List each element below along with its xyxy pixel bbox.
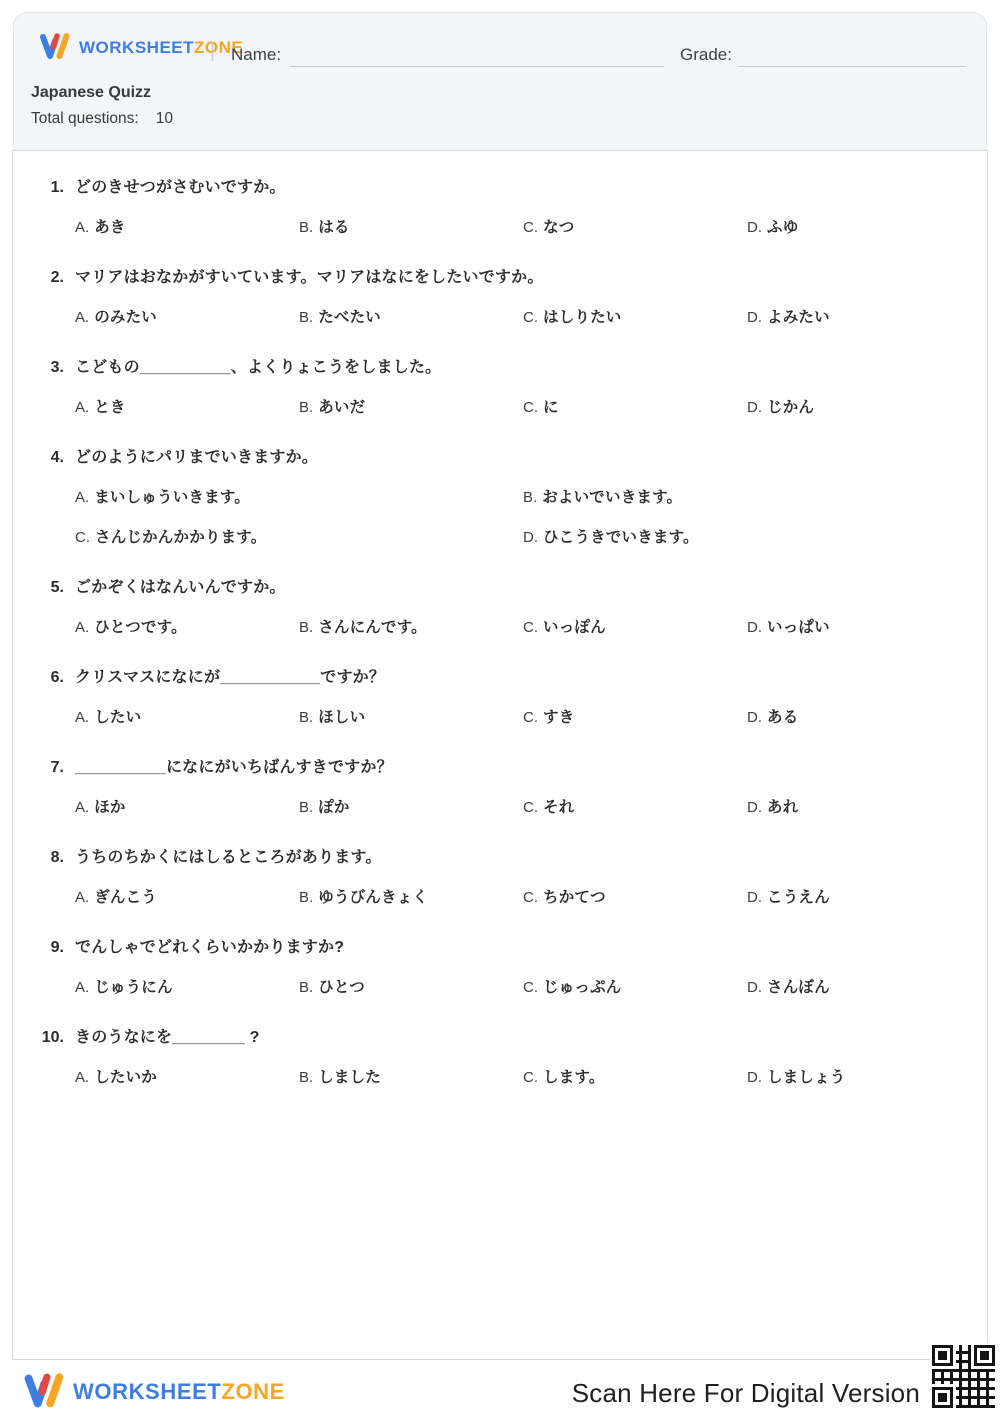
option-a[interactable]: A.したい xyxy=(75,709,299,727)
option-d[interactable]: D.ふゆ xyxy=(747,219,971,237)
brand-name: WORKSHEETZONE xyxy=(79,38,243,58)
question-line: 2. マリアはおなかがすいています。マリアはなにをしたいですか。 xyxy=(31,269,969,287)
question-number: 3. xyxy=(31,359,64,377)
question-line: 3. こどもの__________、よくりょこうをしました。 xyxy=(31,359,969,377)
qr-code xyxy=(930,1343,997,1410)
options-row: A.ひとつです。 B.さんにんです。 C.いっぽん D.いっぱい xyxy=(75,619,969,637)
question-line: 9. でんしゃでどれくらいかかりますか? xyxy=(31,939,969,957)
total-questions-label: Total questions: xyxy=(31,110,139,127)
footer-brand-name: WORKSHEETZONE xyxy=(73,1379,285,1405)
question-item: 8. うちのちかくにはしるところがあります。 A.ぎんこう B.ゆうびんきょく … xyxy=(31,849,969,907)
option-a[interactable]: A.したいか xyxy=(75,1069,299,1087)
question-text: __________になにがいちばんすきですか？ xyxy=(75,759,393,777)
question-item: 7. __________になにがいちばんすきですか？ A.ほか B.ぽか C.… xyxy=(31,759,969,817)
option-c[interactable]: C.はしりたい xyxy=(523,309,747,327)
question-number: 2. xyxy=(31,269,64,287)
question-line: 10. きのうなにを________ ? xyxy=(31,1029,969,1047)
options-row: A.まいしゅういきます。 B.およいでいきます。 C.さんじかんかかります。 D… xyxy=(75,489,969,547)
question-item: 2. マリアはおなかがすいています。マリアはなにをしたいですか。 A.のみたい … xyxy=(31,269,969,327)
header-card: WORKSHEETZONE | Name: Grade: Japanese Qu… xyxy=(13,12,987,150)
option-a[interactable]: A.ひとつです。 xyxy=(75,619,299,637)
option-b[interactable]: B.ぽか xyxy=(299,799,523,817)
option-a[interactable]: A.ぎんこう xyxy=(75,889,299,907)
options-row: A.ほか B.ぽか C.それ D.あれ xyxy=(75,799,969,817)
grade-label: Grade: xyxy=(680,45,732,65)
option-c[interactable]: C.ちかてつ xyxy=(523,889,747,907)
option-c[interactable]: C.いっぽん xyxy=(523,619,747,637)
option-d[interactable]: D.ある xyxy=(747,709,971,727)
scan-here-text: Scan Here For Digital Version xyxy=(572,1378,920,1409)
question-line: 5. ごかぞくはなんいんですか。 xyxy=(31,579,969,597)
options-row: A.のみたい B.たべたい C.はしりたい D.よみたい xyxy=(75,309,969,327)
option-c[interactable]: C.します。 xyxy=(523,1069,747,1087)
option-d[interactable]: D.ひこうきでいきます。 xyxy=(523,529,971,547)
question-text: どのようにパリまでいきますか。 xyxy=(75,449,318,467)
question-text: うちのちかくにはしるところがあります。 xyxy=(75,849,382,867)
question-text: こどもの__________、よくりょこうをしました。 xyxy=(75,359,441,377)
option-b[interactable]: B.あいだ xyxy=(299,399,523,417)
option-d[interactable]: D.さんぼん xyxy=(747,979,971,997)
question-text: でんしゃでどれくらいかかりますか? xyxy=(75,939,344,957)
question-line: 7. __________になにがいちばんすきですか？ xyxy=(31,759,969,777)
question-text: マリアはおなかがすいています。マリアはなにをしたいですか。 xyxy=(75,269,544,287)
options-row: A.したいか B.しました C.します。 D.しましょう xyxy=(75,1069,969,1087)
question-number: 10. xyxy=(31,1029,64,1047)
option-a[interactable]: A.じゅうにん xyxy=(75,979,299,997)
question-number: 8. xyxy=(31,849,64,867)
question-number: 4. xyxy=(31,449,64,467)
option-c[interactable]: C.に xyxy=(523,399,747,417)
footer-brand-logo: WORKSHEETZONE xyxy=(22,1368,285,1414)
question-text: ごかぞくはなんいんですか。 xyxy=(75,579,286,597)
question-number: 5. xyxy=(31,579,64,597)
grade-blank-line[interactable] xyxy=(739,66,965,67)
option-a[interactable]: A.のみたい xyxy=(75,309,299,327)
option-b[interactable]: B.ほしい xyxy=(299,709,523,727)
question-item: 4. どのようにパリまでいきますか。 A.まいしゅういきます。 B.およいでいき… xyxy=(31,449,969,547)
total-questions-value: 10 xyxy=(156,110,173,127)
question-text: きのうなにを________ ? xyxy=(75,1029,260,1047)
question-item: 9. でんしゃでどれくらいかかりますか? A.じゅうにん B.ひとつ C.じゅっ… xyxy=(31,939,969,997)
question-item: 3. こどもの__________、よくりょこうをしました。 A.とき B.あい… xyxy=(31,359,969,417)
question-text: どのきせつがさむいですか。 xyxy=(75,179,286,197)
option-d[interactable]: D.しましょう xyxy=(747,1069,971,1087)
name-blank-line[interactable] xyxy=(290,66,664,67)
options-row: A.したい B.ほしい C.すき D.ある xyxy=(75,709,969,727)
question-item: 6. クリスマスになにが___________ですか？ A.したい B.ほしい … xyxy=(31,669,969,727)
worksheetzone-logo-icon xyxy=(38,29,70,66)
worksheetzone-logo-icon xyxy=(22,1368,64,1414)
option-a[interactable]: A.あき xyxy=(75,219,299,237)
options-row: A.ぎんこう B.ゆうびんきょく C.ちかてつ D.こうえん xyxy=(75,889,969,907)
option-a[interactable]: A.とき xyxy=(75,399,299,417)
option-a[interactable]: A.まいしゅういきます。 xyxy=(75,489,523,507)
question-text: クリスマスになにが___________ですか？ xyxy=(75,669,385,687)
option-d[interactable]: D.こうえん xyxy=(747,889,971,907)
questions-panel: 1. どのきせつがさむいですか。 A.あき B.はる C.なつ D.ふゆ 2. … xyxy=(12,150,988,1360)
option-d[interactable]: D.よみたい xyxy=(747,309,971,327)
option-c[interactable]: C.じゅっぷん xyxy=(523,979,747,997)
option-b[interactable]: B.はる xyxy=(299,219,523,237)
question-number: 1. xyxy=(31,179,64,197)
option-c[interactable]: C.さんじかんかかります。 xyxy=(75,529,523,547)
options-row: A.とき B.あいだ C.に D.じかん xyxy=(75,399,969,417)
question-number: 7. xyxy=(31,759,64,777)
option-c[interactable]: C.すき xyxy=(523,709,747,727)
question-line: 4. どのようにパリまでいきますか。 xyxy=(31,449,969,467)
option-a[interactable]: A.ほか xyxy=(75,799,299,817)
question-number: 6. xyxy=(31,669,64,687)
question-item: 5. ごかぞくはなんいんですか。 A.ひとつです。 B.さんにんです。 C.いっ… xyxy=(31,579,969,637)
question-line: 8. うちのちかくにはしるところがあります。 xyxy=(31,849,969,867)
name-label: Name: xyxy=(231,45,281,65)
question-line: 6. クリスマスになにが___________ですか？ xyxy=(31,669,969,687)
option-d[interactable]: D.あれ xyxy=(747,799,971,817)
option-b[interactable]: B.たべたい xyxy=(299,309,523,327)
option-b[interactable]: B.ゆうびんきょく xyxy=(299,889,523,907)
total-questions: Total questions:10 xyxy=(31,110,173,128)
question-item: 10. きのうなにを________ ? A.したいか B.しました C.します… xyxy=(31,1029,969,1087)
option-b[interactable]: B.ひとつ xyxy=(299,979,523,997)
page-title: Japanese Quizz xyxy=(31,84,151,102)
options-row: A.じゅうにん B.ひとつ C.じゅっぷん D.さんぼん xyxy=(75,979,969,997)
question-item: 1. どのきせつがさむいですか。 A.あき B.はる C.なつ D.ふゆ xyxy=(31,179,969,237)
option-b[interactable]: B.しました xyxy=(299,1069,523,1087)
option-b[interactable]: B.およいでいきます。 xyxy=(523,489,971,507)
header-divider: | xyxy=(210,40,215,63)
option-c[interactable]: C.なつ xyxy=(523,219,747,237)
option-b[interactable]: B.さんにんです。 xyxy=(299,619,523,637)
option-d[interactable]: D.いっぱい xyxy=(747,619,971,637)
options-row: A.あき B.はる C.なつ D.ふゆ xyxy=(75,219,969,237)
question-number: 9. xyxy=(31,939,64,957)
option-d[interactable]: D.じかん xyxy=(747,399,971,417)
option-c[interactable]: C.それ xyxy=(523,799,747,817)
question-line: 1. どのきせつがさむいですか。 xyxy=(31,179,969,197)
